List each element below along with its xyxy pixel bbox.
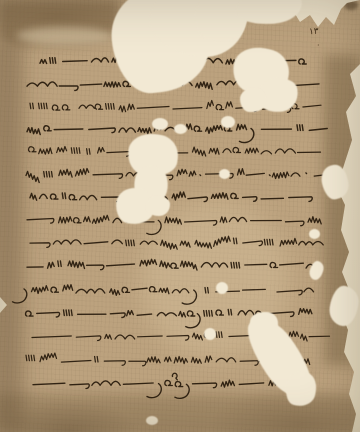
damage-patch bbox=[174, 124, 187, 134]
text-line bbox=[27, 259, 322, 270]
damage-patch bbox=[240, 88, 266, 112]
damage-patch bbox=[221, 116, 235, 128]
damage-patch bbox=[309, 229, 320, 239]
text-line bbox=[33, 373, 305, 398]
folio-submark: · bbox=[317, 42, 320, 50]
damage-patch bbox=[216, 282, 228, 294]
text-line bbox=[26, 169, 329, 183]
damage-patch bbox=[146, 196, 170, 216]
damage-patch bbox=[219, 169, 230, 179]
text-line bbox=[27, 215, 321, 234]
damage-patch bbox=[152, 118, 168, 130]
folio-number: ١٣ bbox=[309, 28, 319, 37]
damage-patch bbox=[146, 416, 158, 425]
text-line bbox=[30, 236, 323, 249]
text-line bbox=[30, 192, 312, 202]
text-line bbox=[13, 285, 314, 304]
manuscript-photo: ١٣ · bbox=[0, 0, 360, 432]
damage-patch bbox=[204, 328, 216, 340]
